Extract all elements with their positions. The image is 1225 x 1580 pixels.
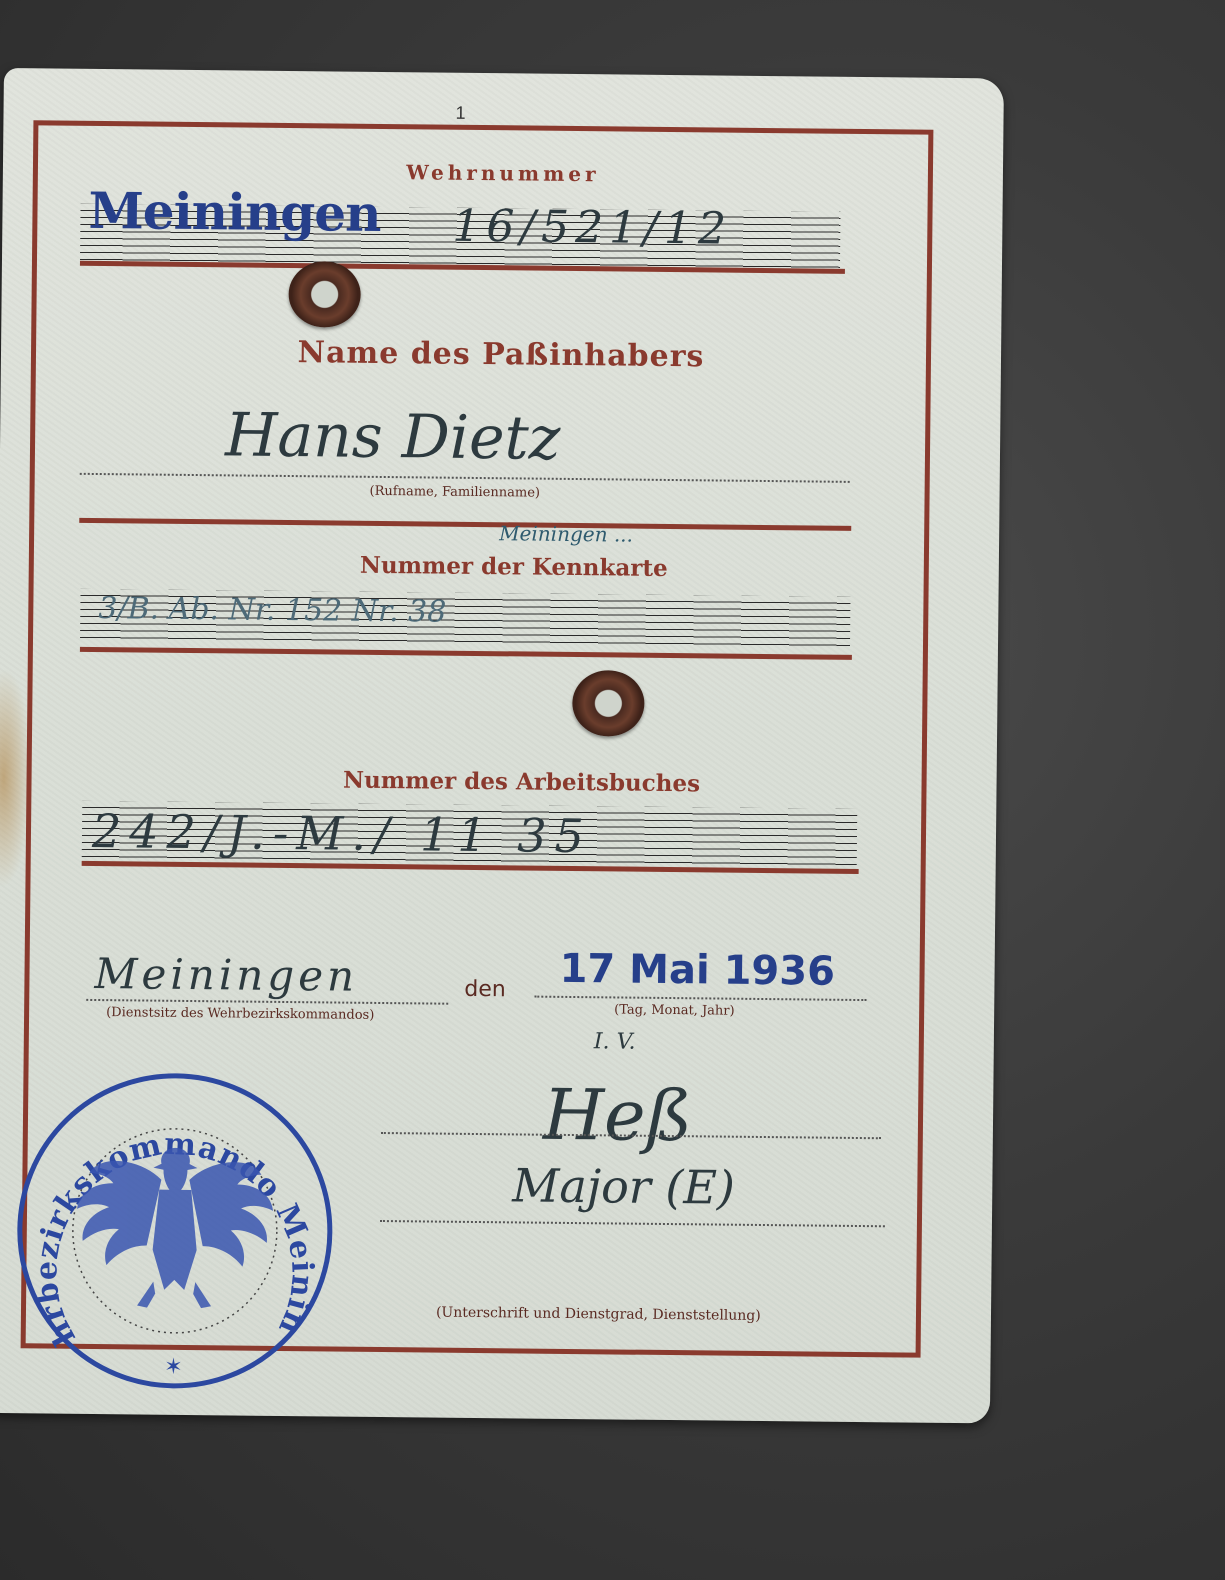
signature-prefix: I. V. [594, 1029, 636, 1054]
signature-name: Heß [543, 1074, 693, 1158]
wehrnummer-value: 16/521/12 [452, 201, 732, 255]
name-annotation: Meiningen ... [499, 521, 633, 546]
kennkarte-value: 3/B. Ab. Nr. 152 Nr. 38 [98, 591, 446, 630]
svg-text:✶: ✶ [164, 1355, 183, 1380]
place-caption: (Dienstsitz des Wehrbezirkskommandos) [106, 1005, 374, 1023]
signature-rank: Major (E) [512, 1158, 735, 1214]
wehrbezirkskommando-seal: Wehrbezirkskommando Meiningen ✶ [12, 1068, 337, 1393]
signature-caption: (Unterschrift und Dienstgrad, Dienststel… [436, 1305, 761, 1324]
eyelet-top [288, 261, 361, 328]
name-caption: (Rufname, Familienname) [370, 484, 541, 501]
date-caption: (Tag, Monat, Jahr) [614, 1002, 735, 1018]
wehrpass-page: 1 Wehrnummer Meiningen 16/521/12 Name de… [0, 68, 1004, 1423]
den-label: den [464, 977, 506, 1002]
holder-name: Hans Dietz [225, 400, 561, 474]
date-stamp: 17 Mai 1936 [559, 946, 835, 995]
eyelet-bottom [572, 670, 645, 737]
wehrnummer-stamp: Meiningen [88, 181, 381, 243]
page-number: 1 [455, 103, 465, 124]
arbeitsbuch-value: 242/J.-M./ 11 35 [92, 804, 592, 863]
issuance-place: Meiningen [94, 949, 358, 1001]
eagle-icon [76, 1147, 274, 1309]
